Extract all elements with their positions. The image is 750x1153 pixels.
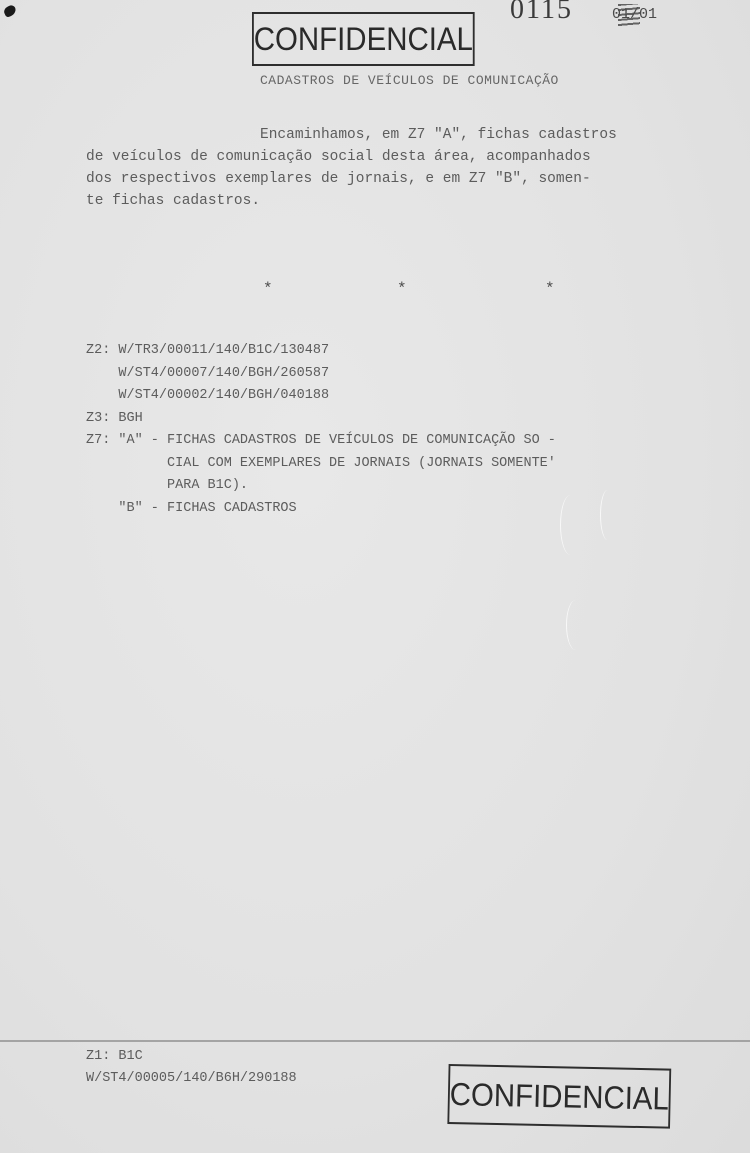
section-separator: * * * xyxy=(0,280,750,300)
separator-star: * xyxy=(263,280,273,298)
page-sub-number: 01/01 xyxy=(612,6,657,23)
body-paragraph: Encaminhamos, em Z7 "A", fichas cadastro… xyxy=(86,124,696,212)
footer-divider xyxy=(0,1040,750,1042)
ink-blot xyxy=(2,4,17,18)
paper-scratch xyxy=(560,495,581,555)
reference-line: W/ST4/00002/140/BGH/040188 xyxy=(86,385,556,408)
reference-line: Z3: BGH xyxy=(86,408,556,431)
document-page: CONFIDENCIAL 0115 01/01 CADASTROS DE VEÍ… xyxy=(0,0,750,1153)
confidential-stamp-bottom: CONFIDENCIAL xyxy=(447,1064,671,1129)
page-number: 0115 xyxy=(510,0,573,26)
reference-line: Z2: W/TR3/00011/140/B1C/130487 xyxy=(86,340,556,363)
footer-line: Z1: B1C xyxy=(86,1046,297,1068)
footer-block: Z1: B1C W/ST4/00005/140/B6H/290188 xyxy=(86,1046,297,1090)
document-title: CADASTROS DE VEÍCULOS DE COMUNICAÇÃO xyxy=(260,73,559,88)
confidential-stamp-top: CONFIDENCIAL xyxy=(252,12,475,66)
reference-line: CIAL COM EXEMPLARES DE JORNAIS (JORNAIS … xyxy=(86,453,556,476)
footer-line: W/ST4/00005/140/B6H/290188 xyxy=(86,1068,297,1090)
separator-star: * xyxy=(545,280,555,298)
reference-line: PARA B1C). xyxy=(86,475,556,498)
separator-star: * xyxy=(397,280,407,298)
reference-line: "B" - FICHAS CADASTROS xyxy=(86,498,556,521)
paper-scratch xyxy=(600,490,615,540)
reference-line: Z7: "A" - FICHAS CADASTROS DE VEÍCULOS D… xyxy=(86,430,556,453)
paragraph-line: dos respectivos exemplares de jornais, e… xyxy=(86,168,696,190)
reference-line: W/ST4/00007/140/BGH/260587 xyxy=(86,363,556,386)
paragraph-line: de veículos de comunicação social desta … xyxy=(86,146,696,168)
reference-block: Z2: W/TR3/00011/140/B1C/130487 W/ST4/000… xyxy=(86,340,556,520)
paper-scratch xyxy=(566,600,585,650)
paragraph-line: te fichas cadastros. xyxy=(86,190,696,212)
paragraph-line: Encaminhamos, em Z7 "A", fichas cadastro… xyxy=(86,124,696,146)
